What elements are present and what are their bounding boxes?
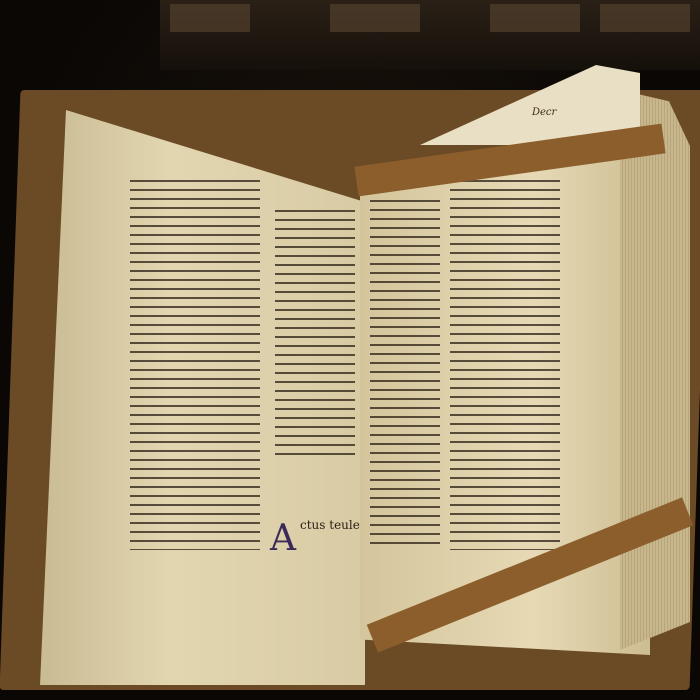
right-text-column-1 (370, 200, 440, 550)
shelf (160, 0, 700, 70)
right-text-column-2 (450, 180, 560, 550)
left-text-column-1 (130, 180, 260, 550)
page-edges (620, 90, 690, 650)
rubric-text: ctus teule (300, 518, 360, 532)
flap-inscription: Decr (532, 107, 556, 118)
illuminated-initial: A (270, 518, 296, 559)
left-text-column-2 (275, 210, 355, 460)
